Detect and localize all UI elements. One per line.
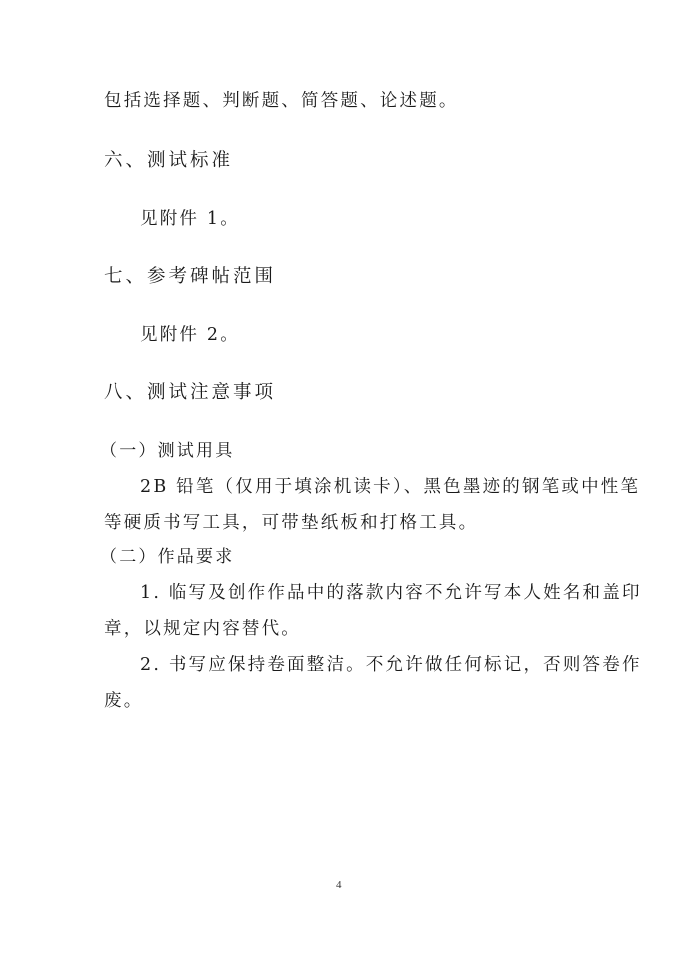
requirement-2-line-2: 废。 — [104, 690, 143, 712]
tools-paragraph-line-2: 等硬质书写工具，可带垫纸板和打格工具。 — [104, 512, 478, 534]
question-types-text: 包括选择题、判断题、简答题、论述题。 — [104, 90, 459, 112]
requirement-1-line-1: 1. 临写及创作作品中的落款内容不允许写本人姓名和盖印 — [140, 582, 642, 604]
subsection-heading-1: （一）测试用具 — [100, 440, 234, 462]
section-6-body: 见附件 1。 — [140, 208, 240, 230]
requirement-2-line-1: 2. 书写应保持卷面整洁。不允许做任何标记，否则答卷作 — [140, 654, 642, 676]
tools-paragraph-line-1: 2B 铅笔（仅用于填涂机读卡）、黑色墨迹的钢笔或中性笔 — [140, 476, 640, 498]
subsection-heading-2: （二）作品要求 — [100, 546, 234, 568]
section-heading-6: 六、测试标准 — [104, 150, 233, 172]
section-heading-8: 八、测试注意事项 — [104, 382, 276, 404]
requirement-1-line-2: 章，以规定内容替代。 — [104, 618, 301, 640]
section-heading-7: 七、参考碑帖范围 — [104, 266, 276, 288]
section-7-body: 见附件 2。 — [140, 324, 240, 346]
page-number: 4 — [336, 879, 342, 891]
